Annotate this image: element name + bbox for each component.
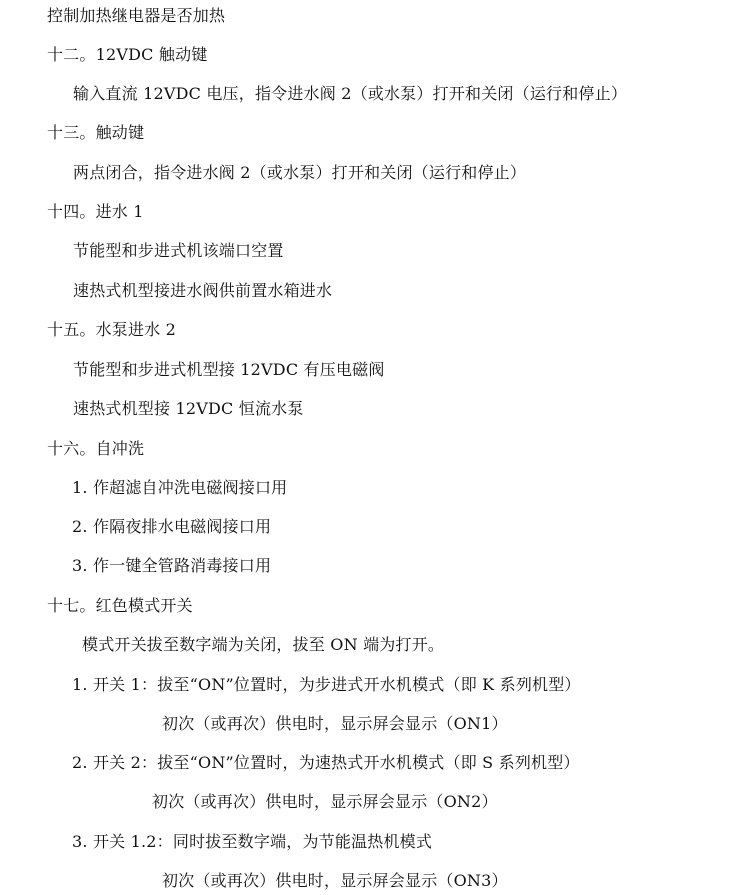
section-heading-17: 十七。红色模式开关 [47, 596, 193, 616]
section-16-list-item-2: 2. 作隔夜排水电磁阀接口用 [72, 517, 271, 537]
document-page: 控制加热继电器是否加热 十二。12VDC 触动键 输入直流 12VDC 电压，指… [0, 0, 750, 895]
section-heading-13: 十三。触动键 [47, 123, 144, 143]
section-17-list-item-1: 1. 开关 1：拔至“ON”位置时，为步进式开水机模式（即 K 系列机型） [72, 675, 581, 695]
text-line-heating-relay: 控制加热继电器是否加热 [47, 6, 225, 26]
section-17-list-item-3: 3. 开关 1.2：同时拔至数字端，为节能温热机模式 [72, 832, 432, 852]
section-heading-16: 十六。自冲洗 [47, 439, 144, 459]
section-heading-12: 十二。12VDC 触动键 [47, 45, 207, 65]
section-heading-15: 十五。水泵进水 2 [47, 320, 176, 340]
section-17-intro: 模式开关拔至数字端为关闭，拔至 ON 端为打开。 [82, 635, 444, 655]
section-14-line-1: 节能型和步进式机该端口空置 [73, 241, 284, 261]
section-17-list-item-3-display: 初次（或再次）供电时，显示屏会显示（ON3） [162, 871, 508, 891]
section-17-list-item-1-display: 初次（或再次）供电时，显示屏会显示（ON1） [162, 714, 508, 734]
section-14-line-2: 速热式机型接进水阀供前置水箱进水 [73, 281, 332, 301]
section-16-list-item-1: 1. 作超滤自冲洗电磁阀接口用 [72, 478, 287, 498]
section-17-list-item-2-display: 初次（或再次）供电时，显示屏会显示（ON2） [152, 792, 498, 812]
section-16-list-item-3: 3. 作一键全管路消毒接口用 [72, 556, 271, 576]
section-15-line-2: 速热式机型接 12VDC 恒流水泵 [73, 399, 304, 419]
section-heading-14: 十四。进水 1 [47, 202, 144, 222]
section-13-description: 两点闭合，指令进水阀 2（或水泵）打开和关闭（运行和停止） [73, 163, 526, 183]
section-17-list-item-2: 2. 开关 2：拔至“ON”位置时，为速热式开水机模式（即 S 系列机型） [72, 753, 580, 773]
section-12-description: 输入直流 12VDC 电压，指令进水阀 2（或水泵）打开和关闭（运行和停止） [73, 84, 627, 104]
section-15-line-1: 节能型和步进式机型接 12VDC 有压电磁阀 [73, 360, 385, 380]
